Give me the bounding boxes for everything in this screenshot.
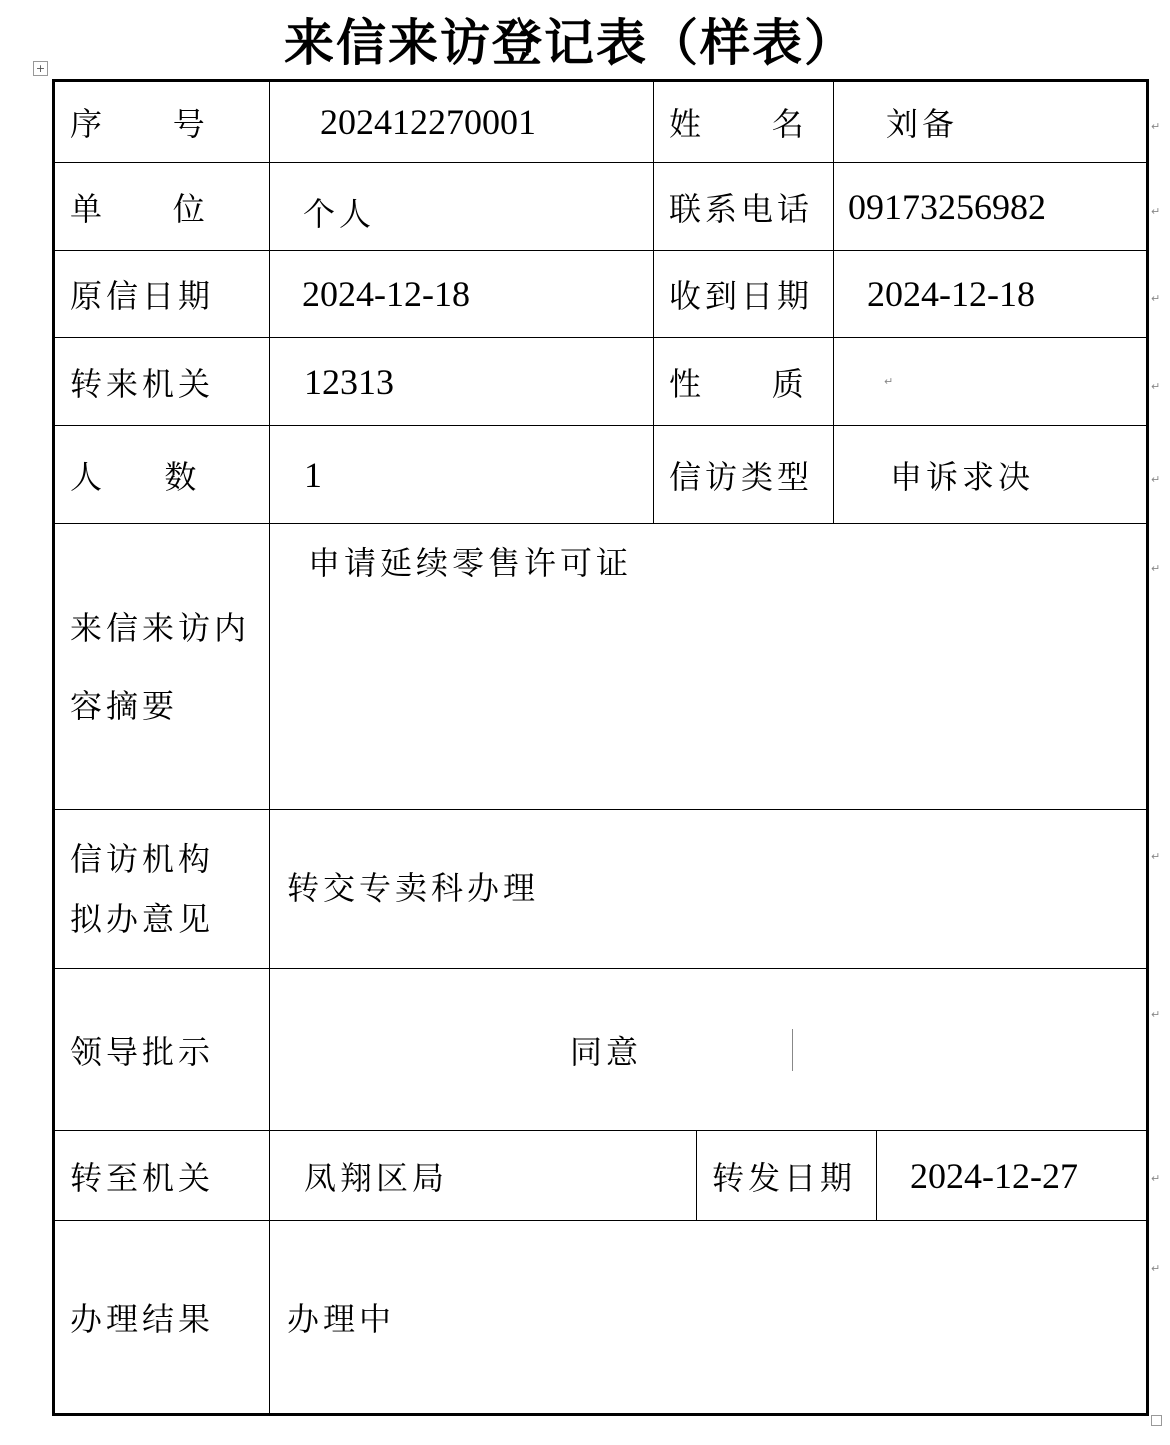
phone-label: 联系电话 xyxy=(654,184,813,230)
handling-result-label-cell: 办理结果 xyxy=(55,1221,270,1413)
text-cursor xyxy=(792,1029,793,1071)
phone-label-cell: 联系电话 xyxy=(654,163,834,251)
received-date-field[interactable]: 2024-12-18 xyxy=(834,251,1146,338)
original-date-field[interactable]: 2024-12-18 xyxy=(270,251,654,338)
proposed-opinion-field[interactable]: 转交专卖科办理 xyxy=(270,810,1146,969)
original-date-label-cell: 原信日期 xyxy=(55,251,270,338)
leader-instruction-label: 领导批示 xyxy=(55,1027,214,1073)
page-title: 来信来访登记表（样表） xyxy=(0,8,1140,78)
received-date-label: 收到日期 xyxy=(654,271,813,317)
phone-field[interactable]: 09173256982 xyxy=(834,163,1146,251)
petition-type-label-cell: 信访类型 xyxy=(654,426,834,524)
row-end-mark: ↵ xyxy=(1151,1008,1160,1021)
row-end-mark: ↵ xyxy=(1151,850,1160,863)
phone-value: 09173256982 xyxy=(848,186,1046,228)
original-date-value: 2024-12-18 xyxy=(302,273,470,315)
people-count-label: 人 数 xyxy=(55,452,210,498)
unit-label-cell: 单 位 xyxy=(55,163,270,251)
serial-no-value: 202412270001 xyxy=(320,101,536,143)
forward-agency-label-cell: 转至机关 xyxy=(55,1131,270,1221)
unit-label: 单 位 xyxy=(55,184,211,230)
original-date-label: 原信日期 xyxy=(55,271,214,317)
nature-field[interactable]: ↵ xyxy=(834,338,1146,426)
content-summary-field[interactable]: 申请延续零售许可证 xyxy=(270,524,1146,810)
proposed-opinion-label-line1: 信访机构 xyxy=(55,829,214,889)
unit-value: 个人 xyxy=(303,189,375,235)
row-end-mark: ↵ xyxy=(1151,473,1160,486)
petition-type-label: 信访类型 xyxy=(654,452,813,498)
nature-label: 性 质 xyxy=(654,359,810,405)
received-date-value: 2024-12-18 xyxy=(867,273,1035,315)
nature-label-cell: 性 质 xyxy=(654,338,834,426)
people-count-value: 1 xyxy=(304,454,322,496)
table-resize-handle-icon[interactable] xyxy=(1151,1415,1162,1426)
serial-no-field[interactable]: 202412270001 xyxy=(270,82,654,163)
forward-date-label-cell: 转发日期 xyxy=(697,1131,877,1221)
content-summary-label-line2: 容摘要 xyxy=(55,667,178,745)
handling-result-label: 办理结果 xyxy=(55,1294,214,1340)
leader-instruction-field[interactable]: 同意 xyxy=(270,969,1146,1131)
leader-instruction-value: 同意 xyxy=(570,1027,642,1073)
name-label: 姓 名 xyxy=(654,99,810,145)
handling-result-value: 办理中 xyxy=(287,1294,395,1340)
handling-result-field[interactable]: 办理中 xyxy=(270,1221,1146,1413)
received-date-label-cell: 收到日期 xyxy=(654,251,834,338)
serial-no-label: 序 号 xyxy=(55,99,211,145)
referring-agency-field[interactable]: 12313 xyxy=(270,338,654,426)
row-end-mark: ↵ xyxy=(1151,1262,1160,1275)
registration-form-table: 序 号 202412270001 姓 名 刘备 单 位 个人 联系电话 0917… xyxy=(52,79,1149,1416)
serial-no-label-cell: 序 号 xyxy=(55,82,270,163)
petition-type-field[interactable]: 申诉求决 xyxy=(834,426,1146,524)
referring-agency-value: 12313 xyxy=(304,361,394,403)
forward-date-field[interactable]: 2024-12-27 xyxy=(877,1131,1146,1221)
name-field[interactable]: 刘备 xyxy=(834,82,1146,163)
row-end-mark: ↵ xyxy=(1151,380,1160,393)
content-summary-label-cell: 来信来访内 容摘要 xyxy=(55,524,270,810)
row-end-mark: ↵ xyxy=(1151,120,1160,133)
table-move-handle-icon[interactable]: + xyxy=(33,61,48,76)
unit-field[interactable]: 个人 xyxy=(270,163,654,251)
content-summary-label-line1: 来信来访内 xyxy=(55,589,250,667)
content-summary-value: 申请延续零售许可证 xyxy=(308,538,632,584)
leader-instruction-label-cell: 领导批示 xyxy=(55,969,270,1131)
forward-date-value: 2024-12-27 xyxy=(910,1155,1078,1197)
referring-agency-label-cell: 转来机关 xyxy=(55,338,270,426)
forward-agency-label: 转至机关 xyxy=(55,1153,214,1199)
people-count-field[interactable]: 1 xyxy=(270,426,654,524)
forward-agency-field[interactable]: 凤翔区局 xyxy=(270,1131,697,1221)
nature-empty-mark: ↵ xyxy=(884,375,893,388)
forward-agency-value: 凤翔区局 xyxy=(304,1153,448,1199)
proposed-opinion-label-cell: 信访机构 拟办意见 xyxy=(55,810,270,969)
proposed-opinion-label-line2: 拟办意见 xyxy=(55,889,214,949)
row-end-mark: ↵ xyxy=(1151,292,1160,305)
forward-date-label: 转发日期 xyxy=(697,1153,856,1199)
petition-type-value: 申诉求决 xyxy=(890,452,1034,498)
name-value: 刘备 xyxy=(886,99,958,145)
row-end-mark: ↵ xyxy=(1151,562,1160,575)
referring-agency-label: 转来机关 xyxy=(55,359,214,405)
people-count-label-cell: 人 数 xyxy=(55,426,270,524)
row-end-mark: ↵ xyxy=(1151,205,1160,218)
row-end-mark: ↵ xyxy=(1151,1172,1160,1185)
proposed-opinion-value: 转交专卖科办理 xyxy=(287,863,539,909)
name-label-cell: 姓 名 xyxy=(654,82,834,163)
